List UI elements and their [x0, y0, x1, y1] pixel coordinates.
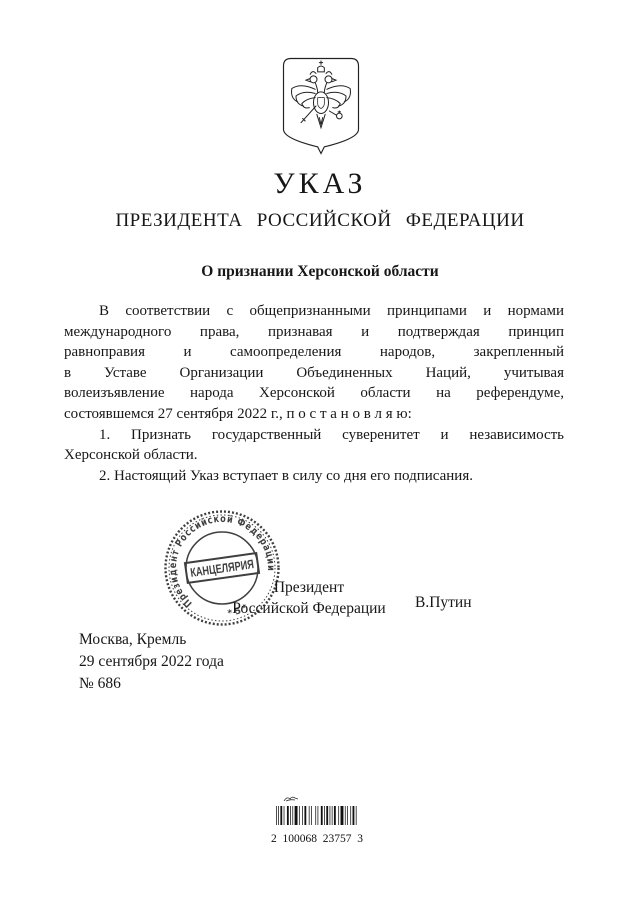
body-line: 1. Признать государственный суверенитет … [64, 425, 564, 446]
annotation-mark [284, 797, 298, 801]
decree-title: УКАЗ [0, 167, 640, 201]
place-line: Москва, Кремль [79, 629, 224, 651]
body-line: 2. Настоящий Указ вступает в силу со дня… [64, 466, 564, 487]
number-line: № 686 [79, 673, 224, 695]
decree-issuer: ПРЕЗИДЕНТА РОССИЙСКОЙ ФЕДЕРАЦИИ [0, 210, 640, 232]
signature-title-line1: Президент [232, 577, 386, 598]
barcode-digit-group: 100068 [283, 833, 318, 845]
signature-title: Президент Российской Федерации [232, 577, 386, 619]
body-line: волеизъявление народа Херсонской области… [64, 383, 564, 404]
body-line: состоявшемся 27 сентября 2022 г., п о с … [64, 404, 564, 425]
barcode-bars [276, 806, 357, 825]
barcode-digit-group: 2 [271, 833, 277, 845]
barcode-digit-group: 23757 [323, 833, 352, 845]
body-line: равноправия и самоопределения народов, з… [64, 342, 564, 363]
decree-subject: О признании Херсонской области [0, 263, 640, 281]
barcode-graphic [268, 791, 372, 827]
signature-name: В.Путин [415, 594, 472, 612]
date-line: 29 сентября 2022 года [79, 651, 224, 673]
double-headed-eagle [292, 61, 351, 128]
place-date-block: Москва, Кремль 29 сентября 2022 года № 6… [79, 629, 224, 695]
barcode-block: 2100068237573 [268, 791, 372, 845]
body-line: Херсонской области. [64, 445, 564, 466]
barcode-digit-group: 3 [357, 833, 363, 845]
decree-page: УКАЗ ПРЕЗИДЕНТА РОССИЙСКОЙ ФЕДЕРАЦИИ О п… [0, 0, 640, 905]
barcode-digits: 2100068237573 [271, 833, 363, 845]
body-line: в Уставе Организации Объединенных Наций,… [64, 363, 564, 384]
shield-outline [284, 59, 359, 154]
coat-of-arms-icon [281, 56, 361, 156]
signature-title-line2: Российской Федерации [232, 598, 386, 619]
body-line: международного права, признавая и подтве… [64, 322, 564, 343]
body-line: В соответствии с общепризнанными принцип… [64, 301, 564, 322]
decree-body: В соответствии с общепризнанными принцип… [64, 301, 564, 486]
